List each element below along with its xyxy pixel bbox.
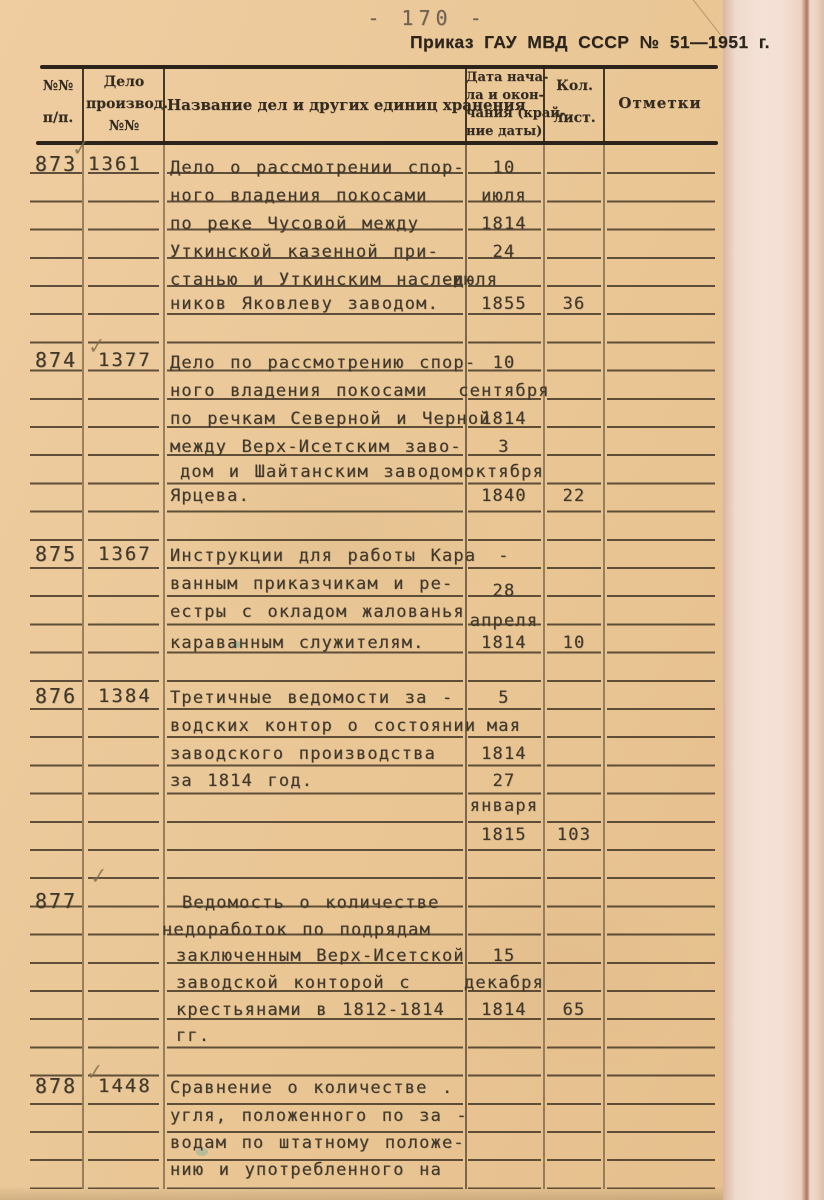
header-dates-line3: чания (край- <box>466 106 542 121</box>
title-line: ного владения покосами <box>170 183 428 209</box>
next-page-edge <box>723 0 824 1200</box>
date-line: января <box>452 793 556 819</box>
title-line: за 1814 год. <box>170 768 313 794</box>
delo-number: 1367 <box>98 541 152 567</box>
header-dates-line1: Дата нача- <box>466 70 542 85</box>
date-line: 27 <box>452 768 556 794</box>
title-line: естры с окладом жалованья <box>170 599 465 625</box>
header-title: Название дел и других единиц хранения <box>167 96 463 114</box>
title-line: станью и Уткинским наслед- <box>170 267 476 293</box>
title-line: заключенным Верх-Исетской <box>176 943 465 969</box>
date-line: 1814 <box>452 997 556 1023</box>
title-line: по речкам Северной и Черной <box>170 406 491 432</box>
sheet-count: 103 <box>545 822 603 848</box>
delo-number: 1361 <box>88 151 142 177</box>
title-line: Дело о рассмотрении спор- <box>170 155 465 181</box>
date-line: 1840 <box>452 483 556 509</box>
header-delo-line1: Дело <box>86 74 162 90</box>
ruled-lines-delo-column <box>88 146 159 1189</box>
row-number: 876 <box>35 683 77 709</box>
title-line: водских контор о состоянии <box>170 713 476 739</box>
date-line: 10 <box>452 350 556 376</box>
date-line: 1855 <box>452 291 556 317</box>
date-line: 1815 <box>452 822 556 848</box>
date-line: 1814 <box>452 630 556 656</box>
date-line: июля <box>452 183 556 209</box>
sheet-count: 10 <box>545 630 603 656</box>
row-number: 877 <box>35 888 77 914</box>
title-line: дом и Шайтанским заводом <box>180 459 463 485</box>
column-divider <box>82 145 84 1189</box>
ruled-lines-notes-column <box>607 146 715 1189</box>
title-line: караванным служителям. <box>170 630 425 656</box>
date-line: -июля <box>441 267 545 293</box>
date-line: 10 <box>452 155 556 181</box>
date-line: 24 <box>452 239 556 265</box>
table-header-bottom-border <box>36 141 718 145</box>
date-line: 15 <box>452 943 556 969</box>
title-line: Уткинской казенной при- <box>170 239 439 265</box>
title-line: гг. <box>176 1023 210 1049</box>
date-line: - <box>452 543 556 569</box>
header-num-line2: п/п. <box>33 110 83 126</box>
title-line: Ярцева. <box>170 483 250 509</box>
sheet-count: 65 <box>545 997 603 1023</box>
date-line: октября <box>452 459 556 485</box>
title-line: угля, положенного по за - <box>170 1103 468 1129</box>
delo-number: 1448 <box>98 1073 152 1099</box>
header-dates-line2: ла и окон- <box>466 88 542 103</box>
date-line: мая <box>452 713 556 739</box>
header-sheets-line2: лист. <box>547 110 602 126</box>
title-line: между Верх-Исетским заво- <box>170 434 462 460</box>
row-number: 878 <box>35 1073 77 1099</box>
date-line: 1814 <box>452 211 556 237</box>
title-line: заводской конторой с <box>176 970 411 996</box>
header-delo-line2: производ. <box>86 96 162 112</box>
title-line: Инструкции для работы Кара <box>170 543 476 569</box>
sheet-count: 22 <box>545 483 603 509</box>
date-line: 3 <box>452 434 556 460</box>
header-sheets-line1: Кол. <box>547 78 602 94</box>
date-line: 1814 <box>452 406 556 432</box>
title-line: нию и употребленного на <box>170 1157 442 1183</box>
paper-crease <box>688 0 721 35</box>
order-reference: Приказ ГАУ МВД СССР № 51—1951 г. <box>410 32 770 53</box>
scanned-archive-page: - 170 - Приказ ГАУ МВД СССР № 51—1951 г.… <box>0 0 824 1200</box>
date-line: сентября <box>452 378 556 404</box>
row-number: 874 <box>35 347 77 373</box>
header-dates-line4: ние даты) <box>466 124 542 139</box>
ruled-lines-num-column <box>30 146 82 1189</box>
delo-number: 1384 <box>98 683 152 709</box>
page-number: - 170 - <box>352 6 502 30</box>
delo-number: 1377 <box>98 347 152 373</box>
header-divider <box>603 68 605 141</box>
row-number: 873 <box>35 151 77 177</box>
title-line: по реке Чусовой между <box>170 211 419 237</box>
sheet-count: 36 <box>545 291 603 317</box>
date-line: декабря <box>452 970 556 996</box>
row-number: 875 <box>35 541 77 567</box>
header-delo-line3: №№ <box>86 118 162 134</box>
title-line: ванным приказчикам и ре- <box>170 571 453 597</box>
title-line: Третичные ведомости за - <box>170 685 453 711</box>
pencil-checkmark: ✓ <box>90 862 108 889</box>
title-line: крестьянами в 1812-1814 <box>176 997 445 1023</box>
title-line: Ведомость о количестве <box>182 890 440 916</box>
title-line: недоработок по подрядам <box>162 917 431 943</box>
title-line: ного владения покосами <box>170 378 428 404</box>
table-top-border <box>40 65 718 69</box>
title-line: заводского производства <box>170 741 436 767</box>
title-line: Дело по рассмотрению спор- <box>170 350 476 376</box>
date-line: 1814 <box>452 741 556 767</box>
header-num-line1: №№ <box>33 78 83 94</box>
date-line: 5 <box>452 685 556 711</box>
title-line: ников Яковлеву заводом. <box>170 291 439 317</box>
column-divider <box>163 145 165 1189</box>
column-divider <box>603 145 605 1189</box>
header-notes: Отметки <box>607 94 713 112</box>
date-line: 28 <box>452 578 556 604</box>
title-line: водам по штатному положе- <box>170 1130 465 1156</box>
title-line: Сравнение о количестве . <box>170 1075 453 1101</box>
